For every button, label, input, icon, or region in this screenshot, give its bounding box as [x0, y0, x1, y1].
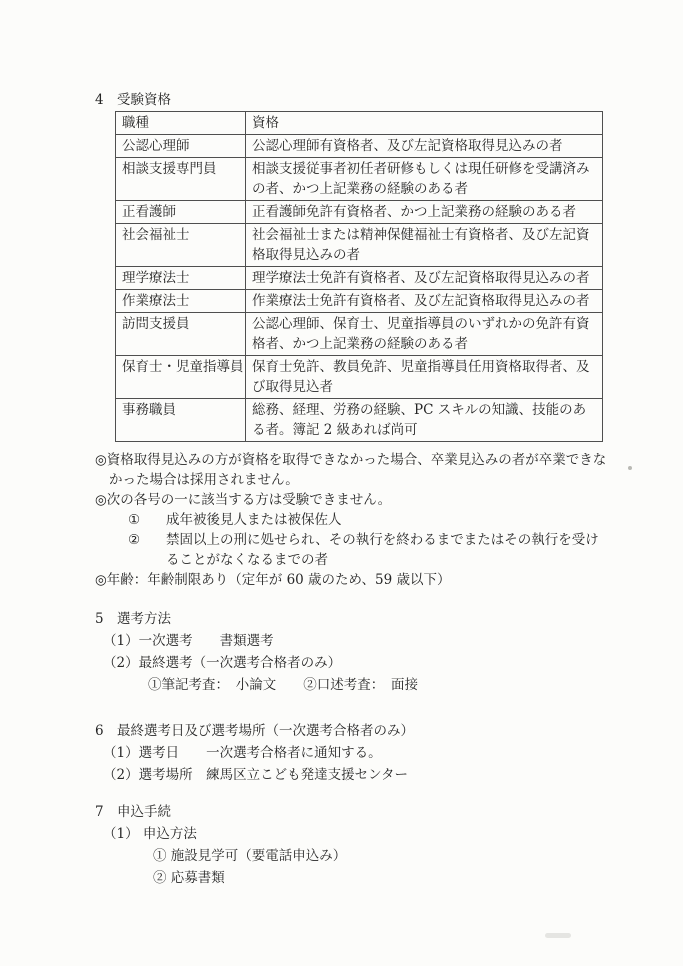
section-application-procedure: 7申込手続 （1） 申込方法 ① 施設見学可（要電話申込み） ② 応募書類 [95, 801, 605, 889]
note-text: 成年被後見人または被保佐人 [166, 512, 342, 528]
table-row: 訪問支援員 公認心理師、保育士、児童指導員のいずれかの免許有資格者、かつ上記業務… [116, 313, 603, 356]
note-marker: ◎ [95, 452, 107, 468]
text-line: ① 施設見学可（要電話申込み） [153, 845, 605, 867]
scan-artifact [628, 466, 632, 470]
note-marker: ◎ [95, 492, 107, 508]
note-subitem: ②禁固以上の刑に処せられ、その執行を終わるまでまたはその執行を受けることがなくな… [128, 530, 609, 570]
section-selection-method: 5選考方法 （1）一次選考 書類選考 （2）最終選考（一次選考合格者のみ） ①筆… [95, 608, 605, 696]
section-7-heading: 7申込手続 [95, 801, 605, 823]
table-header-row: 職種 資格 [116, 112, 603, 135]
table-row: 社会福祉士 社会福祉士または精神保健福祉士有資格者、及び左記資格取得見込みの者 [116, 224, 603, 267]
column-header-job-type: 職種 [116, 112, 246, 135]
note-marker: ◎ [95, 572, 107, 588]
table-row: 事務職員 総務、経理、労務の経験、PC スキルの知識、技能のある者。簿記 2 級… [116, 399, 603, 442]
table-row: 正看護師 正看護師免許有資格者、かつ上記業務の経験のある者 [116, 201, 603, 224]
section-6-title: 最終選考日及び選考場所（一次選考合格者のみ） [117, 723, 414, 739]
job-type-cell: 正看護師 [116, 201, 246, 224]
qualification-cell: 保育士免許、教員免許、児童指導員任用資格取得者、及び取得見込者 [246, 356, 603, 399]
section-4-title: 受験資格 [117, 92, 171, 108]
note-item: ◎次の各号の一に該当する方は受験できません。 [95, 490, 609, 510]
qualification-cell: 相談支援従事者初任者研修もしくは現任研修を受講済みの者、かつ上記業務の経験のある… [246, 158, 603, 201]
qualification-cell: 理学療法士免許有資格者、及び左記資格取得見込みの者 [246, 267, 603, 290]
note-subitem: ①成年被後見人または被保佐人 [128, 510, 609, 530]
section-final-selection: 6最終選考日及び選考場所（一次選考合格者のみ） （1）選考日 一次選考合格者に通… [95, 720, 605, 786]
job-type-cell: 事務職員 [116, 399, 246, 442]
qualification-cell: 正看護師免許有資格者、かつ上記業務の経験のある者 [246, 201, 603, 224]
qualification-cell: 総務、経理、労務の経験、PC スキルの知識、技能のある者。簿記 2 級あれば尚可 [246, 399, 603, 442]
table-row: 公認心理師 公認心理師有資格者、及び左記資格取得見込みの者 [116, 135, 603, 158]
note-text: 年齢：年齢制限あり（定年が 60 歳のため、59 歳以下） [107, 572, 451, 588]
job-type-cell: 保育士・児童指導員 [116, 356, 246, 399]
table-row: 相談支援専門員 相談支援従事者初任者研修もしくは現任研修を受講済みの者、かつ上記… [116, 158, 603, 201]
qualification-cell: 社会福祉士または精神保健福祉士有資格者、及び左記資格取得見込みの者 [246, 224, 603, 267]
job-type-cell: 公認心理師 [116, 135, 246, 158]
job-type-cell: 作業療法士 [116, 290, 246, 313]
circled-number-icon: ② [128, 530, 166, 550]
note-text: 資格取得見込みの方が資格を取得できなかった場合、卒業見込みの者が卒業できなかった… [107, 452, 607, 488]
section-4-number: 4 [95, 89, 117, 111]
table-row: 保育士・児童指導員 保育士免許、教員免許、児童指導員任用資格取得者、及び取得見込… [116, 356, 603, 399]
section-6-heading: 6最終選考日及び選考場所（一次選考合格者のみ） [95, 720, 605, 742]
text-line: （2）選考場所 練馬区立こども発達支援センター [103, 764, 605, 786]
scanned-document-page: 4受験資格 職種 資格 公認心理師 公認心理師有資格者、及び左記資格取得見込みの… [0, 0, 683, 966]
section-7-title: 申込手続 [117, 804, 171, 820]
section-4-heading: 4受験資格 [95, 89, 605, 111]
qualification-cell: 公認心理師有資格者、及び左記資格取得見込みの者 [246, 135, 603, 158]
section-7-number: 7 [95, 801, 117, 823]
job-type-cell: 理学療法士 [116, 267, 246, 290]
job-type-cell: 相談支援専門員 [116, 158, 246, 201]
circled-number-icon: ① [128, 510, 166, 530]
column-header-qualification: 資格 [246, 112, 603, 135]
table-row: 理学療法士 理学療法士免許有資格者、及び左記資格取得見込みの者 [116, 267, 603, 290]
note-item: ◎年齢：年齢制限あり（定年が 60 歳のため、59 歳以下） [95, 570, 609, 590]
section-5-number: 5 [95, 608, 117, 630]
section-exam-qualifications: 4受験資格 職種 資格 公認心理師 公認心理師有資格者、及び左記資格取得見込みの… [95, 89, 605, 590]
text-line: ② 応募書類 [153, 867, 605, 889]
text-line: ①筆記考査： 小論文 ②口述考査： 面接 [148, 674, 605, 696]
note-text: 次の各号の一に該当する方は受験できません。 [107, 492, 391, 508]
job-type-cell: 社会福祉士 [116, 224, 246, 267]
qualification-cell: 作業療法士免許有資格者、及び左記資格取得見込みの者 [246, 290, 603, 313]
qualification-table: 職種 資格 公認心理師 公認心理師有資格者、及び左記資格取得見込みの者 相談支援… [115, 111, 603, 442]
notes-block: ◎資格取得見込みの方が資格を取得できなかった場合、卒業見込みの者が卒業できなかっ… [95, 450, 609, 590]
section-5-title: 選考方法 [117, 611, 171, 627]
note-text: 禁固以上の刑に処せられ、その執行を終わるまでまたはその執行を受けることがなくなる… [166, 532, 599, 568]
text-line: （2）最終選考（一次選考合格者のみ） [103, 652, 605, 674]
text-line: （1）一次選考 書類選考 [103, 630, 605, 652]
scan-artifact [545, 933, 571, 938]
text-line: （1）選考日 一次選考合格者に通知する。 [103, 742, 605, 764]
table-row: 作業療法士 作業療法士免許有資格者、及び左記資格取得見込みの者 [116, 290, 603, 313]
section-6-number: 6 [95, 720, 117, 742]
job-type-cell: 訪問支援員 [116, 313, 246, 356]
section-5-heading: 5選考方法 [95, 608, 605, 630]
qualification-cell: 公認心理師、保育士、児童指導員のいずれかの免許有資格者、かつ上記業務の経験のある… [246, 313, 603, 356]
note-item: ◎資格取得見込みの方が資格を取得できなかった場合、卒業見込みの者が卒業できなかっ… [95, 450, 609, 490]
text-line: （1） 申込方法 [103, 823, 605, 845]
